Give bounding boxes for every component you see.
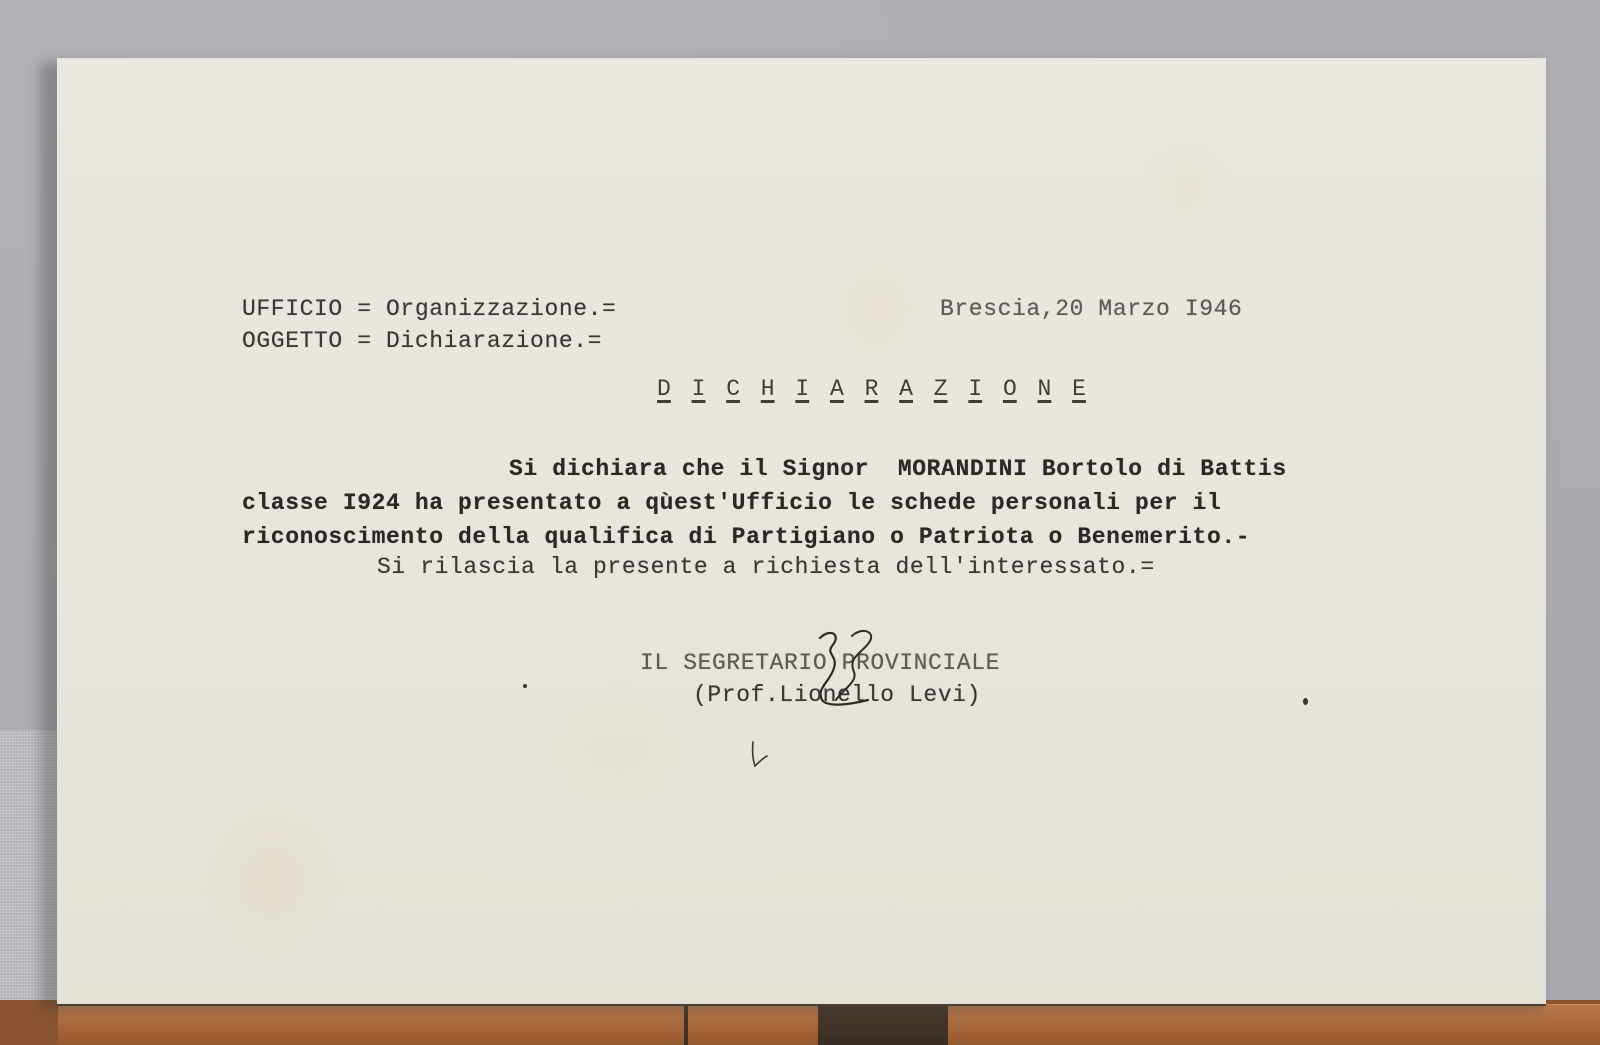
title-letter: E	[1072, 376, 1107, 402]
body-line-4: Si rilascia la presente a richiesta dell…	[377, 554, 1155, 580]
document-title: D I C H I A R A Z I O N E	[657, 376, 1107, 402]
title-letter: C	[726, 376, 761, 402]
title-letter: I	[692, 376, 727, 402]
body-line-3: riconoscimento della qualifica di Partig…	[242, 524, 1250, 550]
title-letter: Z	[934, 376, 969, 402]
pencil-check-mark	[749, 738, 771, 770]
ink-speck	[523, 684, 527, 688]
title-letter: I	[968, 376, 1003, 402]
title-letter: A	[830, 376, 865, 402]
shelf-block-mid	[688, 1004, 818, 1045]
title-letter: I	[795, 376, 830, 402]
shelf-dark-gap	[818, 1004, 948, 1045]
title-letter: A	[899, 376, 934, 402]
oggetto-line: OGGETTO = Dichiarazione.=	[242, 328, 602, 354]
handwritten-signature	[812, 628, 892, 738]
ufficio-line: UFFICIO = Organizzazione.=	[242, 296, 616, 322]
body-line-2: classe I924 ha presentato a qùest'Uffici…	[242, 490, 1221, 516]
title-letter: N	[1038, 376, 1073, 402]
title-letter: D	[657, 376, 692, 402]
document-paper: UFFICIO = Organizzazione.= OGGETTO = Dic…	[57, 58, 1546, 1006]
shelf-block-right	[1082, 1004, 1600, 1045]
shelf-block-mid2	[948, 1004, 1082, 1045]
title-letter: R	[865, 376, 900, 402]
body-line-1: Si dichiara che il Signor MORANDINI Bort…	[509, 456, 1287, 482]
place-date: Brescia,20 Marzo I946	[940, 296, 1242, 322]
ink-speck	[1303, 698, 1308, 705]
shelf-block-left	[58, 1004, 684, 1045]
title-letter: O	[1003, 376, 1038, 402]
title-letter: H	[761, 376, 796, 402]
